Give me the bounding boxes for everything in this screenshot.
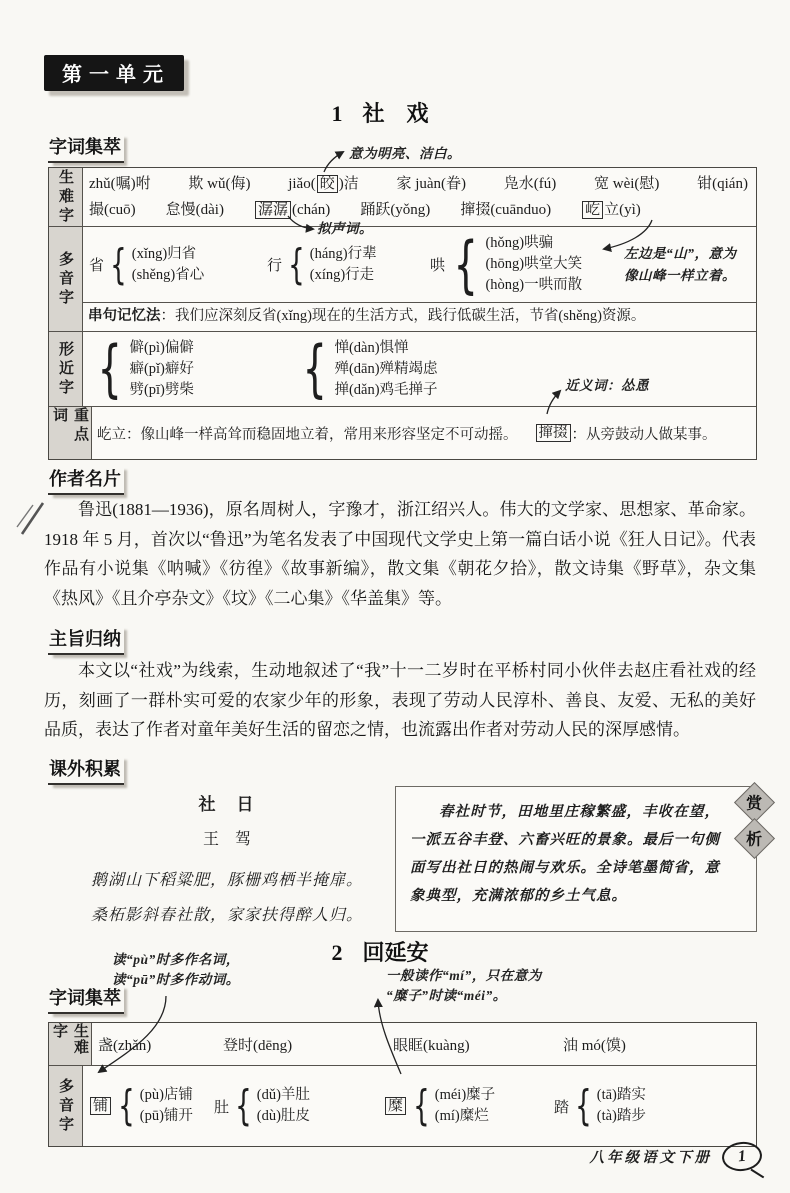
row-header-key: 重点词 xyxy=(49,407,92,459)
note-line: “糜子”时读“méi”。 xyxy=(386,986,542,1006)
similar-items: 僻(pì)偏僻 癖(pǐ)癖好 劈(pī)劈柴 xyxy=(129,338,193,401)
key-def-yili: 屹立：像山峰一样高耸而稳固地立着，常用来形容坚定不可动摇。 xyxy=(97,423,518,444)
term-part: (chán) xyxy=(292,202,330,218)
poem-line: 鹅湖山下稻粱肥，豚栅鸡栖半掩扉。 xyxy=(62,863,392,898)
term: zhǔ(嘱)咐 xyxy=(89,171,151,197)
note-pu: 读“pù”时多作名词， 读“pū”时多作动词。 xyxy=(112,950,240,990)
poly-group-pu: 铺 (pù)店铺 (pū)铺开 xyxy=(89,1085,214,1127)
poem-title: 社 日 xyxy=(62,790,392,815)
poly-item: (méi)糜子 xyxy=(435,1085,495,1106)
poly-items: (tā)踏实 (tà)踏步 xyxy=(597,1085,646,1127)
hard-characters-cell-2: 盏(zhǎn) 登时(dēng) 眼眶(kuàng) 油 mó(馍) xyxy=(92,1023,756,1065)
base-char: 踏 xyxy=(554,1096,569,1117)
boxed-word-cuanduo: 撺掇 xyxy=(536,424,571,442)
row-header-key-label: 重点词 xyxy=(49,407,91,459)
poem-line: 桑柘影斜春社散，家家扶得醉人归。 xyxy=(62,898,392,933)
similar-item: 惮(dàn)惧惮 xyxy=(334,338,437,359)
workbook-page: 第一单元 1社 戏 字词集萃 意为明亮、洁白。 生难字 zhǔ(嘱)咐 欺 wǔ… xyxy=(0,0,790,1193)
poly-item: (xíng)行走 xyxy=(310,265,377,286)
note-line: 读“pū”时多作动词。 xyxy=(112,970,240,990)
row-header-poly: 多音字 xyxy=(49,227,83,331)
lesson1-name: 社 戏 xyxy=(362,101,428,126)
poly-item: (hǒng)哄骗 xyxy=(485,233,582,254)
badge-xi-label: 析 xyxy=(746,827,762,850)
memory-text: ：我们应深刻反省(xǐng)现在的生活方式，践行低碳生活，节省(shěng)资源… xyxy=(161,308,646,324)
row-polyphonic-2: 多音字 铺 (pù)店铺 (pū)铺开 肚 (dǔ)羊肚 (dù)肚皮 xyxy=(49,1066,756,1146)
similar-item: 劈(pī)劈柴 xyxy=(129,380,193,401)
lesson1-number: 1 xyxy=(331,101,342,126)
poly-item: (mí)糜烂 xyxy=(435,1106,495,1127)
poly-items: (xǐng)归省 (shěng)省心 xyxy=(132,244,205,286)
section-heading-main-idea: 主旨归纳 xyxy=(48,625,124,655)
note-line: 一般读作“mí”，只在意为 xyxy=(386,966,542,986)
vocab-table-lesson2: 生难字 盏(zhǎn) 登时(dēng) 眼眶(kuàng) 油 mó(馍) 多… xyxy=(48,1022,757,1147)
key-def-cuanduo: ：从旁鼓动人做某事。 xyxy=(572,423,717,444)
pencil-mark xyxy=(22,503,43,534)
appreciation-text: 春社时节，田地里庄稼繁盛，丰收在望，一派五谷丰登、六畜兴旺的景象。最后一句侧面写… xyxy=(396,787,756,920)
note-line: 左边是“山”，意为 xyxy=(624,243,756,265)
brace xyxy=(118,1085,135,1127)
vocab-table-lesson1: 生难字 zhǔ(嘱)咐 欺 wǔ(侮) jiǎo(皎)洁 家 juàn(眷) 凫… xyxy=(48,167,757,460)
similar-group-1: 僻(pì)偏僻 癖(pǐ)癖好 劈(pī)劈柴 xyxy=(89,338,294,401)
poly-group-hang: 行 (háng)行辈 (xíng)行走 xyxy=(267,244,430,286)
row-header-similar-label: 形近字 xyxy=(55,341,76,398)
similar-item: 殚(dān)殚精竭虑 xyxy=(334,359,437,380)
poly-items: (hǒng)哄骗 (hōng)哄堂大笑 (hòng)一哄而散 xyxy=(485,233,582,296)
term: 家 juàn(眷) xyxy=(396,171,466,197)
pencil-mark-small xyxy=(17,505,33,527)
term: 盏(zhǎn) xyxy=(98,1034,223,1055)
brace xyxy=(575,1085,592,1127)
section-heading-zici-1: 字词集萃 xyxy=(48,133,124,163)
boxed-char-jiao: 皎 xyxy=(317,175,338,193)
term: 撺掇(cuānduo) xyxy=(460,197,551,223)
lesson1-title: 1社 戏 xyxy=(0,97,760,128)
lesson2-number: 2 xyxy=(331,940,342,965)
poly-group-sheng: 省 (xǐng)归省 (shěng)省心 xyxy=(89,244,267,286)
base-char: 行 xyxy=(267,254,282,275)
base-char: 省 xyxy=(89,254,104,275)
poem-author: 王 驾 xyxy=(62,826,392,849)
poly-item: (pù)店铺 xyxy=(140,1085,193,1106)
row-key-words: 重点词 屹立：像山峰一样高耸而稳固地立着，常用来形容坚定不可动摇。 撺掇 ：从旁… xyxy=(49,407,756,459)
row-similar-characters: 形近字 僻(pì)偏僻 癖(pǐ)癖好 劈(pī)劈柴 惮(dàn)惧惮 殚(d… xyxy=(49,332,756,407)
hard-line-2: 撮(cuō) 怠慢(dài) 潺潺(chán) 踊跃(yǒng) 撺掇(cuān… xyxy=(83,197,756,223)
book-title: 八年级语文下册 xyxy=(590,1146,713,1167)
page-number: 1 xyxy=(721,1140,764,1173)
brace xyxy=(97,338,121,400)
badge-shang-label: 赏 xyxy=(746,791,762,814)
row-header-hard: 生难字 xyxy=(49,168,83,226)
brace xyxy=(235,1085,252,1127)
polyphonic-cell: 省 (xǐng)归省 (shěng)省心 行 (háng)行辈 (xíng)行走 xyxy=(83,227,756,331)
poly-group-du: 肚 (dǔ)羊肚 (dù)肚皮 xyxy=(214,1085,384,1127)
note-line: 像山峰一样立着。 xyxy=(624,265,756,287)
poly-item: (shěng)省心 xyxy=(132,265,205,286)
row-polyphonic: 多音字 省 (xǐng)归省 (shěng)省心 行 (háng)行辈 xyxy=(49,227,756,332)
brace xyxy=(413,1085,430,1127)
row-header-poly-2: 多音字 xyxy=(49,1066,83,1146)
hard-characters-cell: zhǔ(嘱)咐 欺 wǔ(侮) jiǎo(皎)洁 家 juàn(眷) 凫水(fú… xyxy=(83,168,756,226)
term: 凫水(fú) xyxy=(504,171,557,197)
poly-groups: 省 (xǐng)归省 (shěng)省心 行 (háng)行辈 (xíng)行走 xyxy=(83,227,756,302)
note-jiao: 意为明亮、洁白。 xyxy=(349,144,461,164)
brace xyxy=(454,234,478,296)
term: 登时(dēng) xyxy=(223,1034,393,1055)
note-line: 读“pù”时多作名词， xyxy=(112,950,240,970)
poly-item: (tà)踏步 xyxy=(597,1106,646,1127)
brace xyxy=(302,338,326,400)
term: 油 mó(馍) xyxy=(563,1034,626,1055)
note-mi: 一般读作“mí”，只在意为 “糜子”时读“méi”。 xyxy=(386,966,542,1006)
similar-item: 癖(pǐ)癖好 xyxy=(129,359,193,380)
term-part: )洁 xyxy=(339,176,359,192)
boxed-char-mi: 糜 xyxy=(385,1097,406,1115)
appreciation-box: 春社时节，田地里庄稼繁盛，丰收在望，一派五谷丰登、六畜兴旺的景象。最后一句侧面写… xyxy=(395,786,757,932)
base-char: 哄 xyxy=(430,254,445,275)
poem-block: 社 日 王 驾 鹅湖山下稻粱肥，豚栅鸡栖半掩扉。 桑柘影斜春社散，家家扶得醉人归… xyxy=(62,790,392,933)
poly-items: (pù)店铺 (pū)铺开 xyxy=(140,1085,193,1127)
term: 欺 wǔ(侮) xyxy=(188,171,250,197)
row-header-similar: 形近字 xyxy=(49,332,83,406)
author-profile-text: 鲁迅(1881—1936)，原名周树人，字豫才，浙江绍兴人。伟大的文学家、思想家… xyxy=(44,495,756,613)
similar-items: 惮(dàn)惧惮 殚(dān)殚精竭虑 掸(dǎn)鸡毛掸子 xyxy=(334,338,437,401)
note-yi-mountain: 左边是“山”，意为 像山峰一样立着。 xyxy=(610,243,756,287)
term-yi: 屹立(yì) xyxy=(581,197,641,223)
poly-group-mi: 糜 (méi)糜子 (mí)糜烂 xyxy=(384,1085,554,1127)
poly-item: (hōng)哄堂大笑 xyxy=(485,254,582,275)
brace xyxy=(288,244,305,286)
poly-group-hong: 哄 (hǒng)哄骗 (hōng)哄堂大笑 (hòng)一哄而散 xyxy=(430,233,610,296)
row-header-hard-2: 生难字 xyxy=(49,1023,92,1065)
poly-group-ta: 踏 (tā)踏实 (tà)踏步 xyxy=(554,1085,646,1127)
term: 钳(qián) xyxy=(697,171,748,197)
page-footer: 八年级语文下册 1 xyxy=(590,1142,763,1171)
similar-group-2: 惮(dàn)惧惮 殚(dān)殚精竭虑 掸(dǎn)鸡毛掸子 xyxy=(294,338,438,401)
polyphonic-cell-2: 铺 (pù)店铺 (pū)铺开 肚 (dǔ)羊肚 (dù)肚皮 糜 xyxy=(83,1066,756,1146)
row-hard-characters: 生难字 zhǔ(嘱)咐 欺 wǔ(侮) jiǎo(皎)洁 家 juàn(眷) 凫… xyxy=(49,168,756,227)
term: 撮(cuō) xyxy=(89,197,136,223)
poly-item: (tā)踏实 xyxy=(597,1085,646,1106)
similar-cell: 僻(pì)偏僻 癖(pǐ)癖好 劈(pī)劈柴 惮(dàn)惧惮 殚(dān)殚… xyxy=(83,332,756,406)
base-char: 肚 xyxy=(214,1096,229,1117)
memory-sentence: 串句记忆法：我们应深刻反省(xǐng)现在的生活方式，践行低碳生活，节省(shě… xyxy=(83,302,756,331)
poly-item: (háng)行辈 xyxy=(310,244,377,265)
row-header-poly-2-label: 多音字 xyxy=(55,1078,76,1135)
row-header-hard-2-label: 生难字 xyxy=(49,1023,91,1065)
section-heading-zici-2: 字词集萃 xyxy=(48,984,124,1014)
memory-label: 串句记忆法 xyxy=(88,308,161,324)
term: 怠慢(dài) xyxy=(166,197,224,223)
row-hard-characters-2: 生难字 盏(zhǎn) 登时(dēng) 眼眶(kuàng) 油 mó(馍) xyxy=(49,1023,756,1066)
note-synonym: 近义词：怂恿 xyxy=(565,376,649,396)
note-onomatopoeia: 拟声词。 xyxy=(317,219,373,239)
poly-item: (pū)铺开 xyxy=(140,1106,193,1127)
unit-badge: 第一单元 xyxy=(44,55,184,91)
lesson2-name: 回延安 xyxy=(362,940,428,965)
similar-item: 僻(pì)偏僻 xyxy=(129,338,193,359)
term-jiao: jiǎo(皎)洁 xyxy=(288,171,359,197)
boxed-char-yi: 屹 xyxy=(582,201,603,219)
boxed-char-pu: 铺 xyxy=(90,1097,111,1115)
term: 宽 wèi(慰) xyxy=(594,171,659,197)
term: 眼眶(kuàng) xyxy=(393,1034,563,1055)
similar-item: 掸(dǎn)鸡毛掸子 xyxy=(334,380,437,401)
hard-line-1: zhǔ(嘱)咐 欺 wǔ(侮) jiǎo(皎)洁 家 juàn(眷) 凫水(fú… xyxy=(83,171,756,197)
poly-items: (háng)行辈 (xíng)行走 xyxy=(310,244,377,286)
term-part: 立(yì) xyxy=(604,202,641,218)
poly-items: (dǔ)羊肚 (dù)肚皮 xyxy=(257,1085,310,1127)
poly-item: (xǐng)归省 xyxy=(132,244,205,265)
boxed-char-chan: 潺潺 xyxy=(255,201,291,219)
term-part: jiǎo( xyxy=(288,176,316,192)
section-heading-author: 作者名片 xyxy=(48,465,124,495)
poly-item: (dù)肚皮 xyxy=(257,1106,310,1127)
row-header-poly-label: 多音字 xyxy=(55,251,76,308)
main-idea-text: 本文以“社戏”为线索，生动地叙述了“我”十一二岁时在平桥村同小伙伴去赵庄看社戏的… xyxy=(44,656,756,745)
section-heading-extra: 课外积累 xyxy=(48,755,124,785)
row-header-hard-label: 生难字 xyxy=(55,169,76,226)
poly-item: (dǔ)羊肚 xyxy=(257,1085,310,1106)
poly-item: (hòng)一哄而散 xyxy=(485,275,582,296)
poly-items: (méi)糜子 (mí)糜烂 xyxy=(435,1085,495,1127)
key-words-cell: 屹立：像山峰一样高耸而稳固地立着，常用来形容坚定不可动摇。 撺掇 ：从旁鼓动人做… xyxy=(92,407,756,459)
brace xyxy=(110,244,127,286)
